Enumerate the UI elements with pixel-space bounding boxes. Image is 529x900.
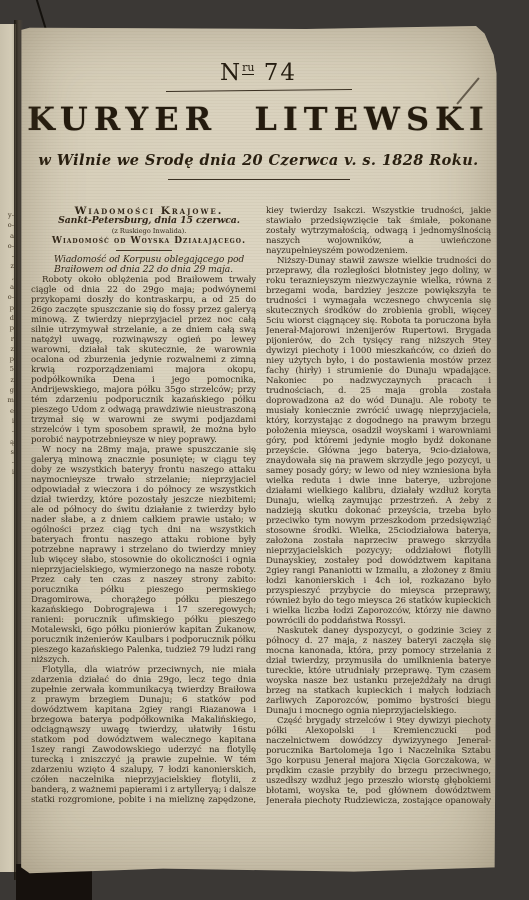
issue-dateline: w Wilnie we Srodę dnia 20 Czerwca v. s. … [20,152,497,169]
body-paragraph: Naskutek daney dyspozycyi, o godzinie 3c… [266,626,491,716]
section-divider [116,250,172,251]
issue-prefix: N [220,60,242,86]
issue-number: Nru 74 [20,60,497,86]
body-paragraph: kiey twierdzy Isakczi. Wszystkie trudnoś… [266,206,491,256]
article-columns: Wiadomości Krajowe. Sankt-Petersburg, dn… [31,206,491,805]
body-paragraph: Roboty około oblężenia pod Braiłowem trw… [31,275,256,445]
body-paragraph: Flotylla, dla wiatrów przeciwnych, nie m… [31,665,256,805]
section-dateline: Sankt-Petersburg, dnia 15 czerwca. [31,216,256,226]
report-title: Wiadomość od Korpusu oblegającego pod Br… [31,255,256,275]
body-paragraph: Niższy-Dunay stawił zawsze wielkie trudn… [266,256,491,626]
newspaper-title: KURYER LITEWSKI [20,100,497,138]
issue-superscript: ru [242,61,254,75]
body-paragraph: Część brygady strzelców i 9tey dywizyi p… [266,716,491,805]
newspaper-page: Nru 74 KURYER LITEWSKI w Wilnie we Srodę… [20,26,497,875]
right-column: kiey twierdzy Isakczi. Wszystkie trudnoś… [266,206,491,805]
section-subheading: Wiadomość od Woyska Działającego. [31,236,256,246]
source-note: (z Ruskiego Inwalida). [31,226,256,236]
left-column: Wiadomości Krajowe. Sankt-Petersburg, dn… [31,206,256,805]
scanned-newspaper-view: y- o- a o- - z , a o- p d p r z p 5 z g … [0,0,529,900]
issue-digits: 74 [264,60,297,86]
masthead-rule-top [165,89,351,92]
body-paragraph: W nocy na 28my maja, prawe spuszczanie s… [31,445,256,665]
masthead: Nru 74 KURYER LITEWSKI w Wilnie we Srodę… [20,60,497,180]
masthead-rule-bottom [168,179,350,180]
